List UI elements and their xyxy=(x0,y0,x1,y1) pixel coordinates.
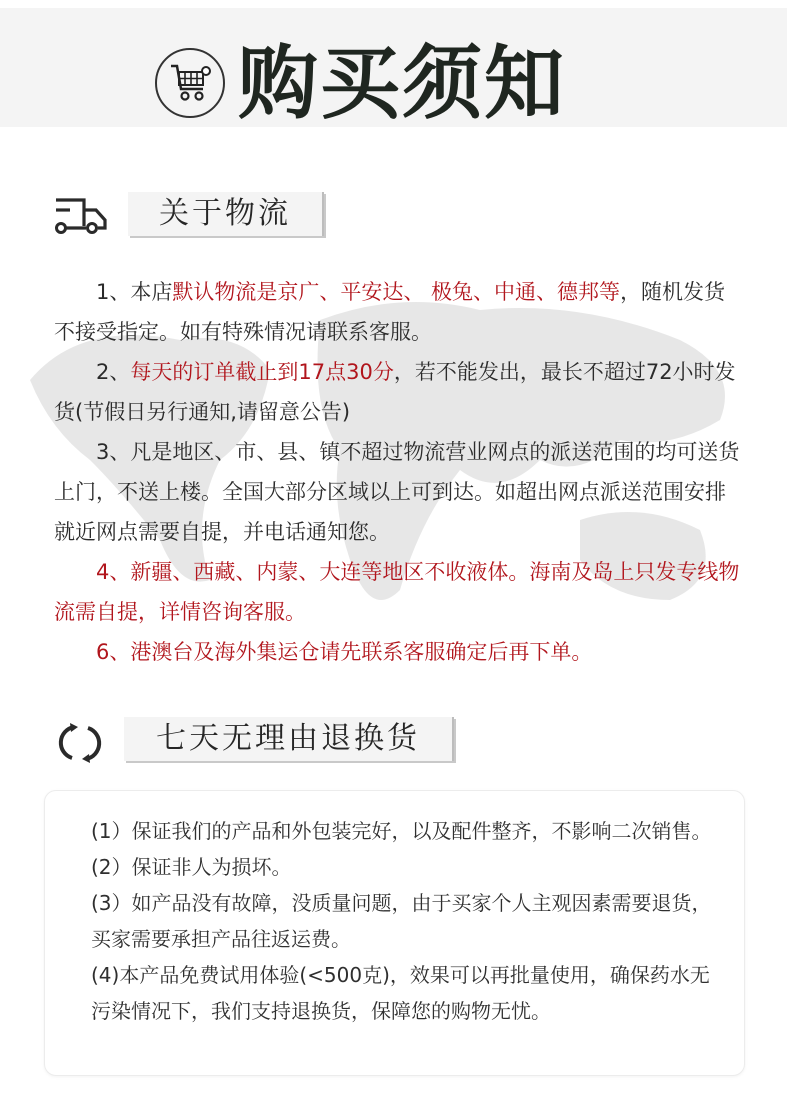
returns-item-1: (1）保证我们的产品和外包装完好，以及配件整齐，不影响二次销售。 xyxy=(91,813,721,849)
logistics-heading: 关于物流 xyxy=(128,192,322,236)
logistics-item-1: 1、本店默认物流是京广、平安达、 极兔、中通、德邦等，随机发货不接受指定。如有特… xyxy=(54,272,744,352)
item-text: 凡是地区、市、县、镇不超过物流营业网点的派送范围的均可送货上门，不送上楼。全国大… xyxy=(54,440,739,544)
item-number: 4、 xyxy=(96,560,130,584)
item-number: 3、 xyxy=(96,440,130,464)
returns-item-4: (4)本产品免费试用体验(<500克)，效果可以再批量使用，确保药水无污染情况下… xyxy=(91,957,721,1029)
logistics-item-4: 4、新疆、西藏、内蒙、大连等地区不收液体。海南及岛上只发专线物流需自提，详情咨询… xyxy=(54,552,744,632)
logistics-item-2: 2、每天的订单截止到17点30分，若不能发出，最长不超过72小时发货(节假日另行… xyxy=(54,352,744,432)
refresh-cycle-icon xyxy=(58,721,102,769)
delivery-truck-icon xyxy=(52,196,108,240)
logistics-item-3: 3、凡是地区、市、县、镇不超过物流营业网点的派送范围的均可送货上门，不送上楼。全… xyxy=(54,432,744,552)
item-number: 1、 xyxy=(96,280,130,304)
logistics-item-6: 6、港澳台及海外集运仓请先联系客服确定后再下单。 xyxy=(54,632,744,672)
page-title: 购买须知 xyxy=(238,34,566,134)
returns-item-2: (2）保证非人为损坏。 xyxy=(91,849,721,885)
logistics-section-header: 关于物流 xyxy=(52,190,332,240)
item-highlight: 默认物流是京广、平安达、 极兔、中通、德邦等 xyxy=(172,280,620,304)
returns-item-3: (3）如产品没有故障，没质量问题，由于买家个人主观因素需要退货，买家需要承担产品… xyxy=(91,885,721,957)
item-number: 2、 xyxy=(96,360,130,384)
returns-policy-card: (1）保证我们的产品和外包装完好，以及配件整齐，不影响二次销售。 (2）保证非人… xyxy=(44,790,745,1076)
item-number: 6、 xyxy=(96,640,130,664)
returns-section-header: 七天无理由退换货 xyxy=(58,715,458,765)
item-highlight: 每天的订单截止到17点30分 xyxy=(130,360,393,384)
header-banner: 购买须知 xyxy=(0,8,787,127)
item-text: 港澳台及海外集运仓请先联系客服确定后再下单。 xyxy=(130,640,592,664)
returns-heading-box: 七天无理由退换货 xyxy=(124,717,454,761)
returns-heading: 七天无理由退换货 xyxy=(124,717,452,761)
item-text: 本店 xyxy=(130,280,172,304)
logistics-heading-box: 关于物流 xyxy=(128,192,324,236)
item-text: 新疆、西藏、内蒙、大连等地区不收液体。海南及岛上只发专线物流需自提，详情咨询客服… xyxy=(54,560,739,624)
shopping-cart-icon xyxy=(155,48,225,118)
